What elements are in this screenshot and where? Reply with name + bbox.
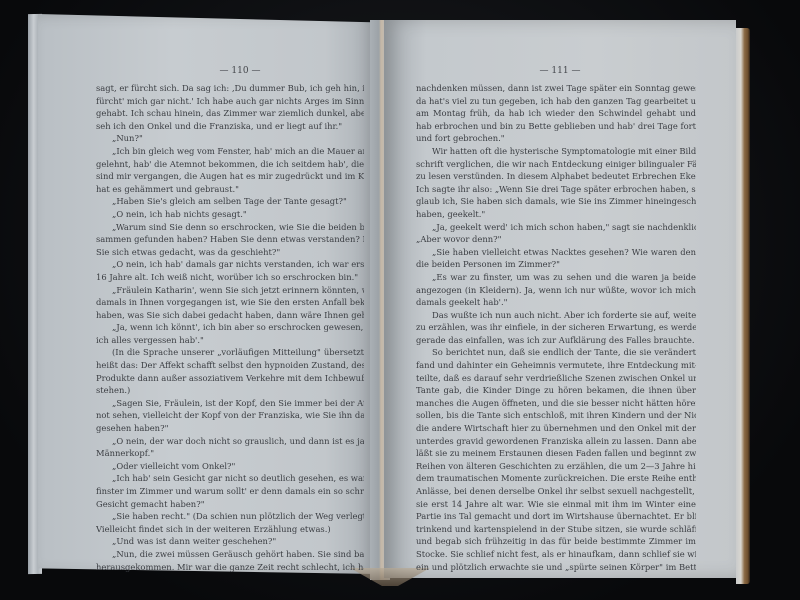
text-line: fand und dahinter ein Geheimnis vermutet…	[416, 359, 696, 372]
text-line: „O nein, der war doch nicht so grauslich…	[96, 435, 364, 448]
text-line: die andere Wirtschaft hier zu übernehmen…	[416, 422, 696, 435]
text-line: zu erzählen, was ihr einfiele, in der si…	[416, 321, 696, 334]
text-line: (In die Sprache unserer „vorläufigen Mit…	[96, 346, 364, 359]
text-line: 16 Jahre alt. Ich weiß nicht, worüber ic…	[96, 271, 364, 284]
text-line: angezogen (in Kleidern). Ja, wenn ich nu…	[416, 284, 696, 297]
text-line: „Aber wovor denn?"	[416, 233, 696, 246]
text-line: und begab sich frühzeitig in das für bei…	[416, 535, 696, 548]
text-line: Das wußte ich nun auch nicht. Aber ich f…	[416, 309, 696, 322]
text-line: manches die Augen öffneten, und die sie …	[416, 397, 696, 410]
text-line: haben, was Sie sich dabei gedacht haben,…	[96, 309, 364, 322]
text-line: „Nun?"	[96, 132, 364, 145]
text-line: dem traumatischen Momente zurückreichen.…	[416, 472, 696, 485]
text-line: fürcht' mich gar nicht.' Ich habe auch g…	[96, 95, 364, 108]
text-line: da hat's viel zu tun gegeben, ich hab de…	[416, 95, 696, 108]
text-line: Männerkopf."	[96, 447, 364, 460]
text-line: „Und was ist dann weiter geschehen?"	[96, 535, 364, 548]
text-line: damals in Ihnen vorgegangen ist, wie Sie…	[96, 296, 364, 309]
text-line: „Ich hab' sein Gesicht gar nicht so deut…	[96, 472, 364, 485]
text-line: sammen gefunden haben? Haben Sie denn et…	[96, 233, 364, 246]
text-line: „O nein, ich hab' damals gar nichts vers…	[96, 258, 364, 271]
text-line: So berichtet nun, daß sie endlich der Ta…	[416, 346, 696, 359]
text-line: sagt, er fürcht sich. Da sag ich: ‚Du du…	[96, 82, 364, 95]
text-line: hab erbrochen und bin zu Bette geblieben…	[416, 120, 696, 133]
text-line: gerade das einfallen, was ich zur Aufklä…	[416, 334, 696, 347]
text-line: damals geekelt hab'."	[416, 296, 696, 309]
text-line: „Ja, wenn ich könnt', ich bin aber so er…	[96, 321, 364, 334]
text-line: zu lesen verstünden. In diesem Alphabet …	[416, 170, 696, 183]
left-page-number: — 110 —	[180, 66, 300, 76]
right-page-number: — 111 —	[500, 66, 620, 76]
text-line: sind mir vergangen, die Augen hat es mir…	[96, 170, 364, 183]
right-page-body-text: nachdenken müssen, dann ist zwei Tage sp…	[416, 82, 696, 573]
text-line: gehabt. Ich schau hinein, das Zimmer war…	[96, 107, 364, 120]
text-line: Ich sagte ihr also: „Wenn Sie drei Tage …	[416, 183, 696, 196]
left-page-body-text: sagt, er fürcht sich. Da sag ich: ‚Du du…	[96, 82, 364, 573]
text-line: ich alles vergessen hab'."	[96, 334, 364, 347]
text-line: Stocke. Sie schlief nicht fest, als er h…	[416, 548, 696, 561]
text-line: Tante gab, die Kinder Dinge zu hören bek…	[416, 384, 696, 397]
text-line: und fort gebrochen."	[416, 132, 696, 145]
text-line: „Sie haben recht." (Da schien nun plötzl…	[96, 510, 364, 523]
text-line: sollen, bis die Tante sich entschloß, mi…	[416, 409, 696, 422]
text-line: nachdenken müssen, dann ist zwei Tage sp…	[416, 82, 696, 95]
text-line: trinkend und kartenspielend in der Stube…	[416, 523, 696, 536]
text-line: „Haben Sie's gleich am selben Tage der T…	[96, 195, 364, 208]
text-line: Sie sich etwas gedacht, was da geschieht…	[96, 246, 364, 259]
text-line: Vielleicht findet sich in der weiteren E…	[96, 523, 364, 536]
text-line: Gesicht gemacht haben?"	[96, 498, 364, 511]
text-line: Produkte dann außer assoziativem Verkehr…	[96, 372, 364, 385]
text-line: Wir hatten oft die hysterische Symptomat…	[416, 145, 696, 158]
text-line: haben, geekelt."	[416, 208, 696, 221]
text-line: die beiden Personen im Zimmer?"	[416, 258, 696, 271]
text-line: „Oder vielleicht vom Onkel?"	[96, 460, 364, 473]
text-line: am Montag früh, da hab ich wieder den Sc…	[416, 107, 696, 120]
text-line: „Ja, geekelt werd' ich mich schon haben,…	[416, 221, 696, 234]
text-line: not sehen, vielleicht der Kopf von der F…	[96, 409, 364, 422]
text-line: glaub ich, Sie haben sich damals, wie Si…	[416, 195, 696, 208]
text-line: „Nun, die zwei müssen Geräusch gehört ha…	[96, 548, 364, 561]
text-line: „Sie haben vielleicht etwas Nacktes gese…	[416, 246, 696, 259]
text-line: „Ich bin gleich weg vom Fenster, hab' mi…	[96, 145, 364, 158]
text-line: sie erst 14 Jahre alt war. Wie sie einma…	[416, 498, 696, 511]
text-line: „Es war zu finster, um was zu sehen und …	[416, 271, 696, 284]
text-line: „Warum sind Sie denn so erschrocken, wie…	[96, 221, 364, 234]
text-line: unterdes gravid gewordenen Franziska all…	[416, 435, 696, 448]
text-line: stehen.)	[96, 384, 364, 397]
text-line: schrift verglichen, die wir nach Entdeck…	[416, 158, 696, 171]
text-line: seh ich den Onkel und die Franziska, und…	[96, 120, 364, 133]
text-line: hat es gehämmert und gebraust."	[96, 183, 364, 196]
text-line: „O nein, ich hab nichts gesagt."	[96, 208, 364, 221]
text-line: heißt das: Der Affekt schafft selbst den…	[96, 359, 364, 372]
text-line: teilte, daß es darauf sehr verdrießliche…	[416, 372, 696, 385]
text-line: „Fräulein Katharin', wenn Sie sich jetzt…	[96, 284, 364, 297]
text-line: herausgekommen. Mir war die ganze Zeit r…	[96, 561, 364, 574]
text-line: gesehen haben?"	[96, 422, 364, 435]
text-line: ein und plötzlich erwachte sie und „spür…	[416, 561, 696, 574]
text-line: Anlässe, bei denen derselbe Onkel ihr se…	[416, 485, 696, 498]
text-line: Partie ins Tal gemacht und dort im Wirts…	[416, 510, 696, 523]
text-line: „Sagen Sie, Fräulein, ist der Kopf, den …	[96, 397, 364, 410]
text-line: läßt sie zu meinem Erstaunen diesen Fade…	[416, 447, 696, 460]
text-line: Reihen von älteren Geschichten zu erzähl…	[416, 460, 696, 473]
text-line: gelehnt, hab' die Atemnot bekommen, die …	[96, 158, 364, 171]
right-page-block-edges	[736, 28, 750, 584]
text-line: finster im Zimmer und warum sollt' er de…	[96, 485, 364, 498]
